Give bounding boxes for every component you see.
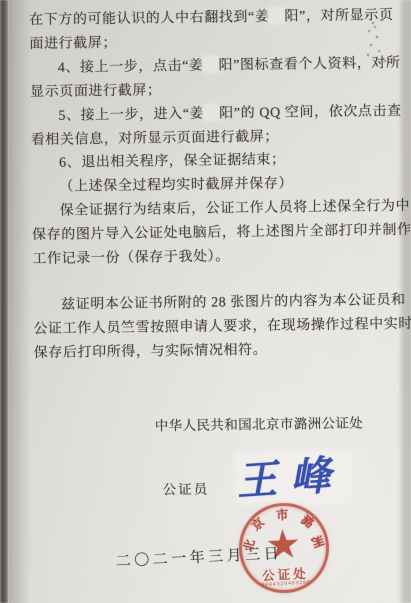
document-content: 在下方的可能认识的人中右翻找到“姜阳”，对所显示页面进行截屏；4、接上一步，点击… xyxy=(0,0,411,603)
text-segment: 阳”，对所显示页 xyxy=(284,8,393,25)
star-icon: ★ xyxy=(264,524,302,566)
text-segment: 阳”的 QQ 空间，依次点击查 xyxy=(219,104,402,122)
notary-signature: 王峰 xyxy=(235,443,347,507)
redacted-character xyxy=(203,57,218,71)
redacted-character xyxy=(269,9,284,23)
text-line: 在下方的可能认识的人中右翻找到“姜阳”，对所显示页 xyxy=(29,4,389,33)
text-line: 公证工作人员竺雪按照申请人要求，在现场操作过程中实时 xyxy=(33,313,393,342)
text-segment: 4、接上一步，点击“姜 xyxy=(58,59,204,76)
text-segment: 在下方的可能认识的人中右翻找到“姜 xyxy=(29,10,270,28)
text-segment: 显示页面进行截屏； xyxy=(30,83,162,100)
text-segment: 公证工作人员竺雪按照申请人要求，在现场操作过程中实时 xyxy=(33,317,411,337)
text-line: 保存后打印所得，与实际情况相符。 xyxy=(34,337,394,366)
text-segment: （上述保全过程均实时截屏并保存） xyxy=(59,177,293,195)
text-line: 保存的图片导入公证处电脑后，将上述图片全部打印并制作 xyxy=(32,219,392,248)
text-segment: 看相关信息，对所显示页面进行截屏； xyxy=(31,129,279,147)
text-line: 4、接上一步，点击“姜阳”图标查看个人资料，对所 xyxy=(30,52,390,81)
text-segment: 6、退出相关程序，保全证据结束； xyxy=(59,153,286,171)
text-segment: 兹证明本公证书所附的 28 张图片的内容为本公证员和 xyxy=(61,293,406,313)
redacted-character xyxy=(204,105,219,119)
document-photo: 在下方的可能认识的人中右翻找到“姜阳”，对所显示页面进行截屏；4、接上一步，点击… xyxy=(0,0,411,603)
text-line: 工作记录一份（保存于我处）。 xyxy=(32,243,392,272)
text-segment: 保存后打印所得，与实际情况相符。 xyxy=(34,343,268,361)
body-lines: 在下方的可能认识的人中右翻找到“姜阳”，对所显示页面进行截屏；4、接上一步，点击… xyxy=(0,0,411,366)
text-segment: 保存的图片导入公证处电脑后，将上述图片全部打印并制作 xyxy=(32,223,411,243)
notary-office-seal: 北京市潞洲 ★ 公证处 4894320483206 xyxy=(237,501,332,596)
notary-label: 公证员 xyxy=(162,477,209,498)
notary-office-name: 中华人民共和国北京市潞洲公证处 xyxy=(155,410,411,434)
text-segment: 保全证据行为结束后，公证工作人员将上述保全行为中 xyxy=(60,199,411,219)
text-segment: 工作记录一份（保存于我处）。 xyxy=(32,249,230,267)
text-segment: 5、接上一步，进入“姜 xyxy=(58,106,204,123)
text-segment: 面进行截屏； xyxy=(29,36,117,52)
text-line: 5、接上一步，进入“姜阳”的 QQ 空间，依次点击查 xyxy=(30,100,390,129)
text-segment: 阳”图标查看个人资料，对所 xyxy=(218,56,400,74)
